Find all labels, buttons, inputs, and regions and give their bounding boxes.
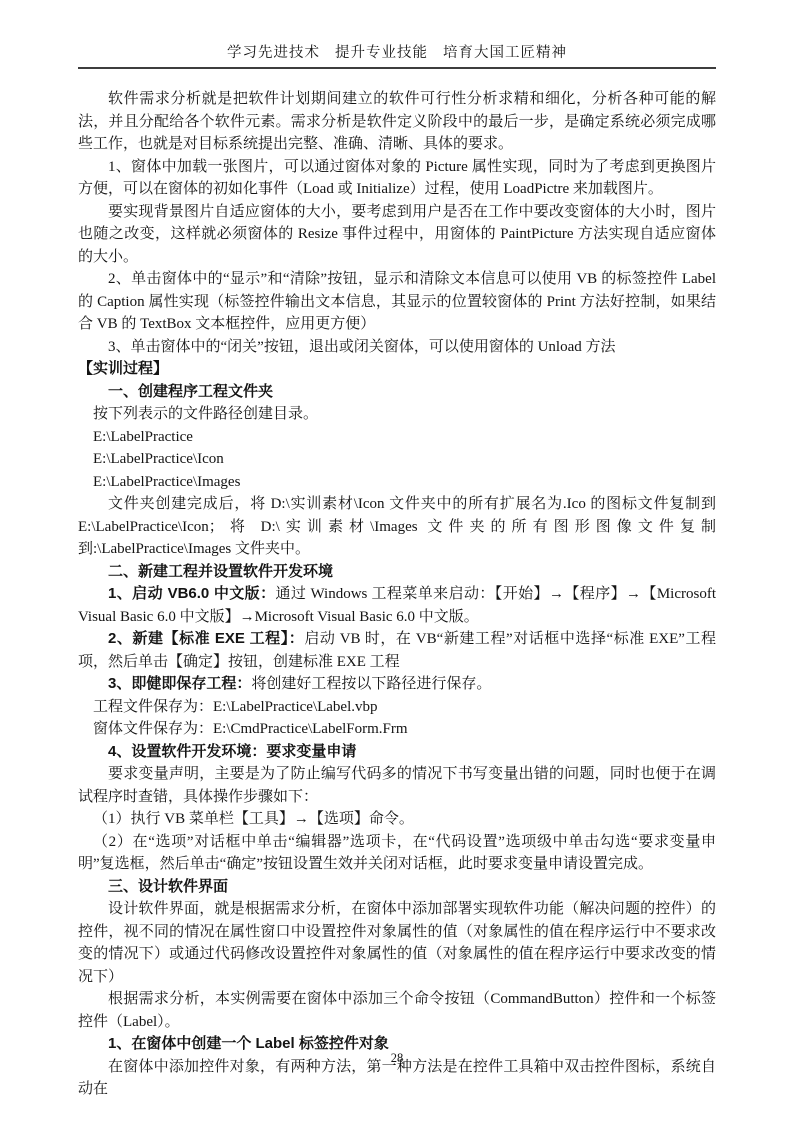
paragraph: 2、新建【标准 EXE 工程】：启动 VB 时，在 VB“新建工程”对话框中选择… xyxy=(78,628,716,673)
paragraph: 1、窗体中加载一张图片，可以通过窗体对象的 Picture 属性实现，同时为了考… xyxy=(78,156,716,201)
page-number: 28 xyxy=(0,1050,794,1066)
paragraph: 工程文件保存为：E:\LabelPractice\Label.vbp xyxy=(78,696,716,719)
paragraph: 软件需求分析就是把软件计划期间建立的软件可行性分析求精和细化，分析各种可能的解法… xyxy=(78,88,716,156)
paragraph: 根据需求分析，本实例需要在窗体中添加三个命令按钮（CommandButton）控… xyxy=(78,988,716,1033)
paragraph: 要求变量声明，主要是为了防止编写代码多的情况下书写变量出错的问题，同时也便于在调… xyxy=(78,763,716,808)
paragraph-lead: 2、新建【标准 EXE 工程】： xyxy=(108,630,304,647)
heading: 三、设计软件界面 xyxy=(78,876,716,899)
paragraph: 要实现背景图片自适应窗体的大小，要考虑到用户是否在工作中要改变窗体的大小时，图片… xyxy=(78,201,716,269)
paragraph: 3、即健即保存工程：将创建好工程按以下路径进行保存。 xyxy=(78,673,716,696)
paragraph: 2、单击窗体中的“显示”和“清除”按钮，显示和清除文本信息可以使用 VB 的标签… xyxy=(78,268,716,336)
heading: 二、新建工程并设置软件开发环境 xyxy=(78,561,716,584)
header-item: 培育大国工匠精神 xyxy=(443,44,567,62)
paragraph-lead: 3、即健即保存工程： xyxy=(108,675,251,692)
paragraph: 窗体文件保存为：E:\CmdPractice\LabelForm.Frm xyxy=(78,718,716,741)
paragraph: 文件夹创建完成后，将 D:\实训素材\Icon 文件夹中的所有扩展名为.Ico … xyxy=(78,493,716,561)
document-body: 软件需求分析就是把软件计划期间建立的软件可行性分析求精和细化，分析各种可能的解法… xyxy=(78,88,716,1101)
paragraph: （1）执行 VB 菜单栏【工具】→【选项】命令。 xyxy=(78,808,716,831)
heading: 【实训过程】 xyxy=(78,358,716,381)
paragraph: 1、启动 VB6.0 中文版：通过 Windows 工程菜单来启动：【开始】→【… xyxy=(78,583,716,628)
paragraph: E:\LabelPractice xyxy=(78,426,716,449)
paragraph: （2）在“选项”对话框中单击“编辑器”选项卡，在“代码设置”选项级中单击勾选“要… xyxy=(78,831,716,876)
paragraph: E:\LabelPractice\Images xyxy=(78,471,716,494)
paragraph-lead: 1、启动 VB6.0 中文版： xyxy=(108,585,275,602)
header-item: 学习先进技术 xyxy=(227,44,320,62)
paragraph: 按下列表示的文件路径创建目录。 xyxy=(78,403,716,426)
header-item: 提升专业技能 xyxy=(335,44,428,62)
heading: 4、设置软件开发环境：要求变量申请 xyxy=(78,741,716,764)
paragraph: 3、单击窗体中的“闭关”按钮，退出或闭关窗体，可以使用窗体的 Unload 方法 xyxy=(78,336,716,359)
page-header: 学习先进技术提升专业技能培育大国工匠精神 xyxy=(78,44,716,69)
document-page: 学习先进技术提升专业技能培育大国工匠精神 软件需求分析就是把软件计划期间建立的软… xyxy=(0,0,794,1123)
paragraph: 设计软件界面，就是根据需求分析，在窗体中添加部署实现软件功能（解决问题的控件）的… xyxy=(78,898,716,988)
heading: 一、创建程序工程文件夹 xyxy=(78,381,716,404)
paragraph: E:\LabelPractice\Icon xyxy=(78,448,716,471)
